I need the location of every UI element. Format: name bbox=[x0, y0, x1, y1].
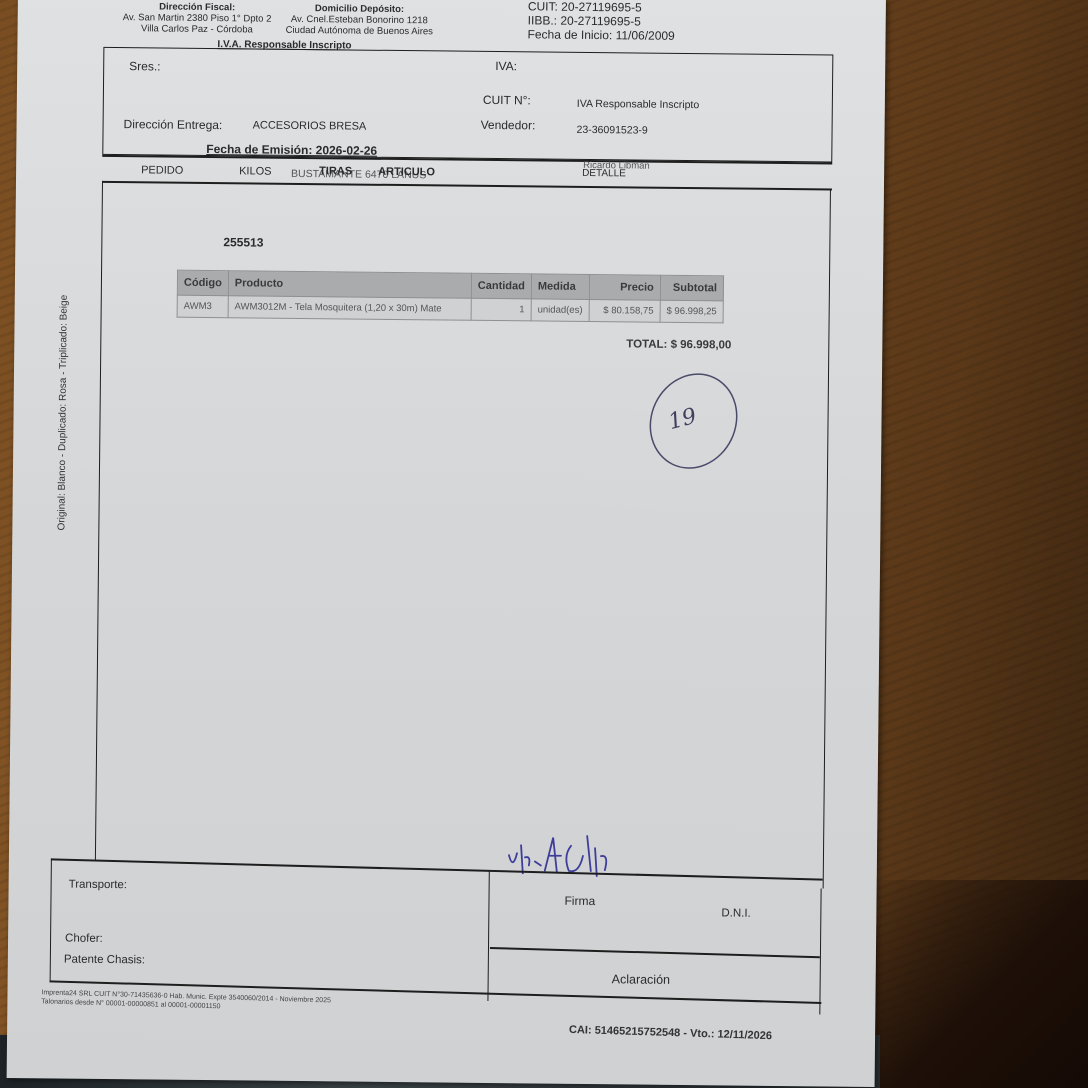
th-codigo: Código bbox=[177, 270, 228, 296]
copy-color-note: Original: Blanco - Duplicado: Rosa - Tri… bbox=[56, 295, 69, 531]
firma-label: Firma bbox=[564, 894, 595, 908]
header-start-date: Fecha de Inicio: 11/06/2009 bbox=[527, 27, 674, 43]
cuit-label: CUIT N°: bbox=[483, 93, 531, 108]
columns-bottom-line bbox=[102, 181, 832, 191]
fiscal-address: Dirección Fiscal: Av. San Martin 2380 Pi… bbox=[123, 1, 272, 36]
body-left-border bbox=[95, 181, 103, 861]
col-articulo: ARTICULO bbox=[378, 166, 435, 179]
th-medida: Medida bbox=[531, 274, 589, 300]
col-pedido: PEDIDO bbox=[141, 164, 183, 176]
cuit-value: IVA Responsable Inscripto bbox=[577, 98, 700, 111]
patente-label: Patente Chasis: bbox=[64, 954, 145, 967]
footer-left-border bbox=[50, 858, 52, 982]
footer-divider bbox=[487, 871, 489, 1001]
delivery-note-paper: Dirección Fiscal: Av. San Martin 2380 Pi… bbox=[7, 0, 886, 1087]
order-number: 255513 bbox=[223, 235, 263, 249]
th-subtotal: Subtotal bbox=[660, 275, 723, 301]
cell-precio: $ 80.158,75 bbox=[589, 299, 660, 322]
cell-codigo: AWM3 bbox=[177, 295, 228, 318]
chofer-label: Chofer: bbox=[65, 933, 103, 945]
body-right-border bbox=[823, 189, 831, 889]
table-row: AWM3 AWM3012M - Tela Mosquitera (1,20 x … bbox=[177, 295, 723, 323]
delivery-label: Dirección Entrega: bbox=[124, 117, 223, 132]
transporte-label: Transporte: bbox=[69, 879, 128, 892]
seller-label: Vendedor: bbox=[481, 118, 536, 133]
footer-top-line bbox=[51, 858, 823, 880]
sres-label: Sres.: bbox=[129, 59, 160, 73]
tax-info: CUIT: 20-27119695-5 IIBB.: 20-27119695-5… bbox=[527, 0, 675, 43]
dni-label: D.N.I. bbox=[721, 907, 751, 919]
cell-cantidad: 1 bbox=[471, 298, 531, 321]
cai-info: CAI: 51465215752548 - Vto.: 12/11/2026 bbox=[569, 1024, 772, 1042]
col-kilos: KILOS bbox=[239, 165, 272, 177]
iva-label: IVA: bbox=[495, 59, 517, 73]
table-shadow bbox=[860, 880, 1088, 1088]
header-iibb: IIBB.: 20-27119695-5 bbox=[528, 13, 675, 29]
cell-subtotal: $ 96.998,25 bbox=[660, 300, 723, 323]
printer-info: Imprenta24 SRL CUIT N°30-71435636-0 Hab.… bbox=[41, 988, 331, 1014]
col-tiras: TIRAS bbox=[319, 165, 352, 177]
total-amount: TOTAL: $ 96.998,00 bbox=[626, 338, 731, 351]
items-table: Código Producto Cantidad Medida Precio S… bbox=[177, 270, 725, 324]
col-detalle: DETALLE bbox=[582, 168, 626, 179]
cell-medida: unidad(es) bbox=[531, 299, 589, 322]
fiscal-address-line2: Villa Carlos Paz - Córdoba bbox=[123, 23, 272, 36]
th-cantidad: Cantidad bbox=[471, 273, 531, 299]
delivery-value: ACCESORIOS BRESA bbox=[253, 119, 367, 132]
deposit-address-line2: Ciudad Autónoma de Buenos Aires bbox=[286, 25, 433, 38]
th-producto: Producto bbox=[228, 271, 471, 299]
signature-divider-line bbox=[490, 947, 820, 958]
th-precio: Precio bbox=[589, 274, 660, 300]
aclaracion-label: Aclaración bbox=[612, 972, 671, 987]
footer-right-border bbox=[819, 888, 821, 1014]
seller-value: 23-36091523-9 bbox=[577, 124, 648, 137]
deposit-address: Domicilio Depósito: Av. Cnel.Esteban Bon… bbox=[286, 3, 434, 38]
cell-producto: AWM3012M - Tela Mosquitera (1,20 x 30m) … bbox=[228, 296, 471, 321]
signature-icon bbox=[501, 825, 642, 886]
